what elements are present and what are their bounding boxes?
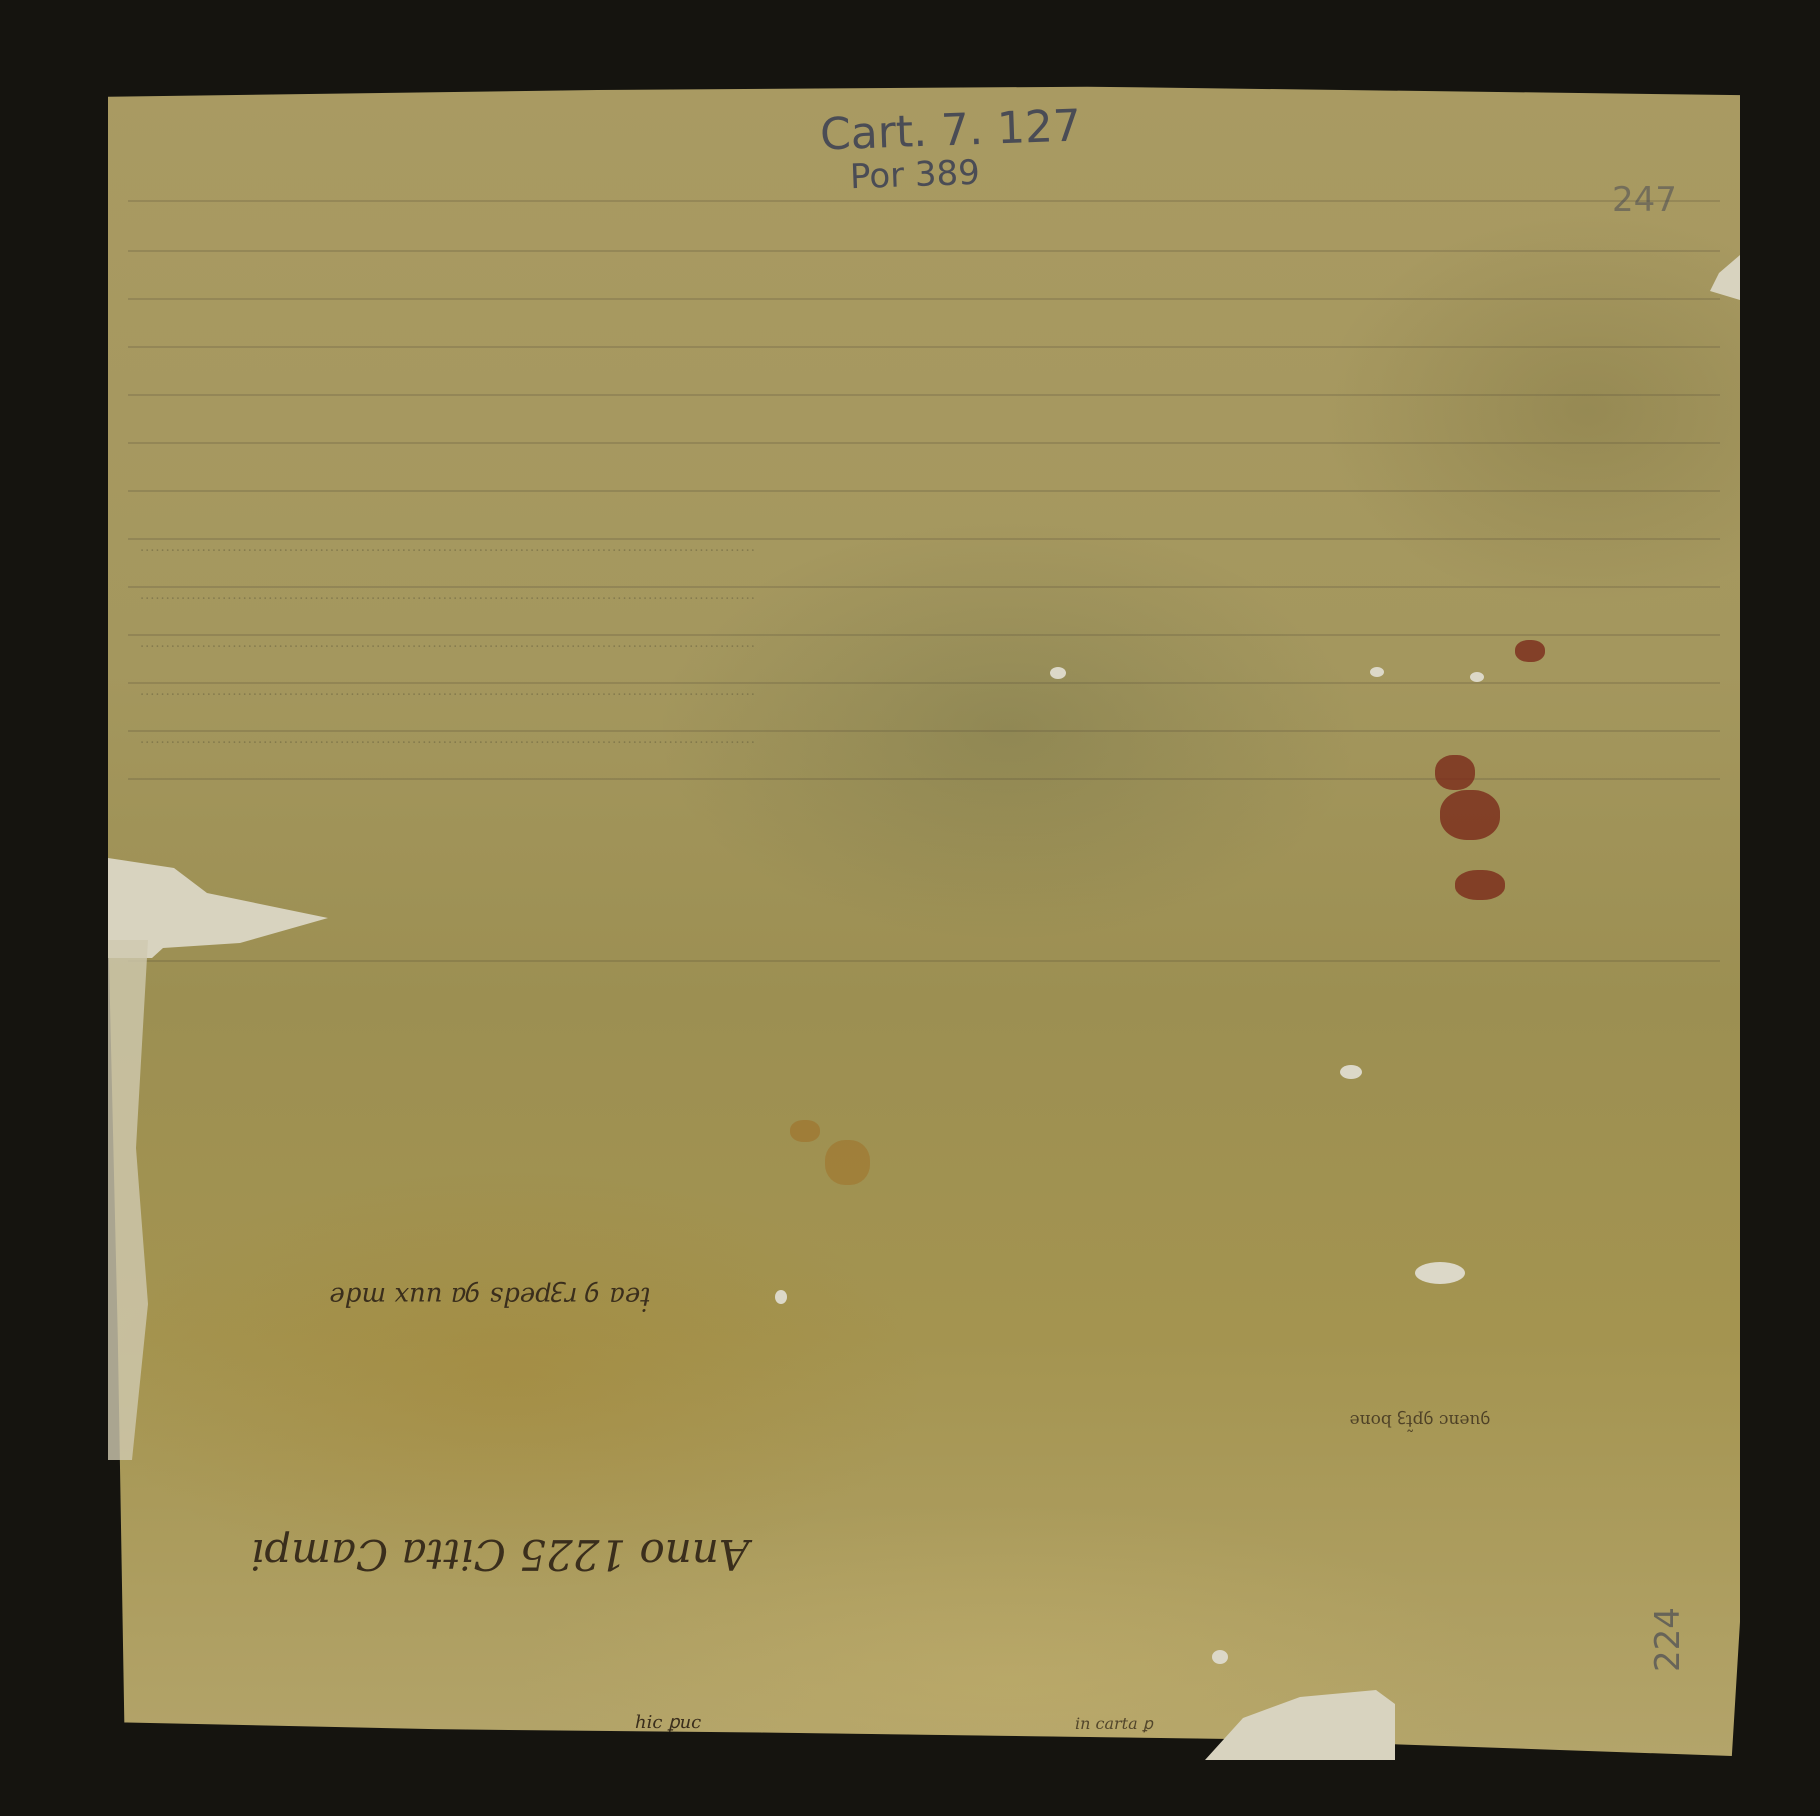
brown-stain — [825, 1140, 870, 1185]
dorsal-note-date: Anno 1225 Citta Campi — [160, 1530, 840, 1579]
bottom-note-right: in carta ꝑ — [1075, 1714, 1153, 1733]
ruled-line — [128, 250, 1720, 252]
ruled-line — [128, 394, 1720, 396]
parchment-sheet — [108, 80, 1740, 1756]
dorsal-note-upside-down: ṫea ꝯ rꝫpeds ꝯa uux mde — [240, 1280, 740, 1316]
shelfmark-line-1: Cart. 7. 127 — [819, 100, 1082, 160]
ruled-line — [128, 442, 1720, 444]
red-stain — [1455, 870, 1505, 900]
red-stain — [1440, 790, 1500, 840]
brown-stain — [790, 1120, 820, 1142]
show-through-text: ........................................… — [140, 684, 756, 699]
red-stain — [1435, 755, 1475, 790]
hole — [1212, 1650, 1228, 1664]
hole — [1470, 672, 1484, 682]
show-through-text: ........................................… — [140, 588, 756, 603]
archival-number: 224 — [1648, 1607, 1688, 1672]
show-through-text: ........................................… — [140, 636, 756, 651]
ruled-line — [128, 200, 1720, 202]
ruled-line — [128, 490, 1720, 492]
shelfmark-line-2: Por 389 — [849, 153, 980, 198]
bottom-note-left: hic ꝑuc — [635, 1712, 701, 1733]
corner-number: 247 — [1612, 180, 1677, 220]
show-through-text: ........................................… — [140, 540, 756, 555]
hole — [1370, 667, 1384, 677]
dorsal-note-right: ꝯuenc ꝯpt̃ꝫ bone — [1285, 1410, 1555, 1433]
ruled-line — [128, 298, 1720, 300]
ruled-line — [128, 346, 1720, 348]
hole — [1050, 667, 1066, 679]
hole — [1340, 1065, 1362, 1079]
show-through-text: ........................................… — [140, 732, 756, 747]
red-stain — [1515, 640, 1545, 662]
fold-line — [128, 960, 1720, 962]
hole — [1415, 1262, 1465, 1284]
ruled-line — [128, 778, 1720, 780]
hole — [775, 1290, 787, 1304]
